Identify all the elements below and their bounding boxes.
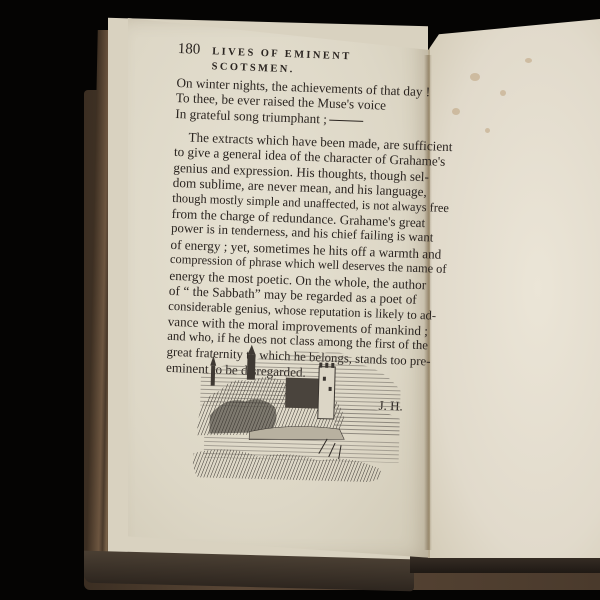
page-number: 180	[177, 42, 200, 58]
photo-scene: 180 LIVES OF EMINENT SCOTSMEN. On winter…	[0, 0, 600, 600]
castle-engraving-illustration	[188, 335, 407, 486]
foxing-spot	[485, 128, 490, 133]
right-page	[428, 18, 600, 558]
foxing-spot	[525, 58, 532, 63]
castle-landscape-icon	[188, 335, 407, 486]
foxing-spot	[470, 73, 480, 81]
foxing-spot	[452, 108, 460, 115]
em-dash-rule	[329, 120, 363, 122]
book-gutter	[424, 55, 432, 550]
foxing-spot	[500, 90, 506, 96]
